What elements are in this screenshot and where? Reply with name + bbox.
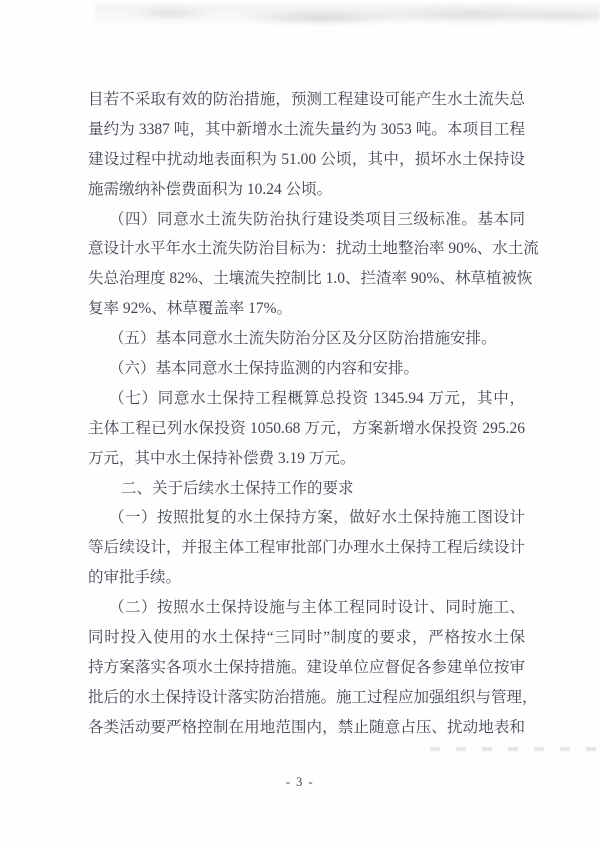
text-line: 各类活动要严格控制在用地范围内，禁止随意占压、扰动地表和 [88,713,525,743]
section-heading: 二、关于后续水土保持工作的要求 [88,474,525,504]
text-line: （七）同意水土保持工程概算总投资 1345.94 万元，其中， [88,384,525,414]
text-line: （一）按照批复的水土保持方案，做好水土保持施工图设计 [88,503,525,533]
text-line: 等后续设计，并报主体工程审批部门办理水土保持工程后续设计 [88,533,525,563]
text-line: 意设计水平年水土流失防治目标为：扰动土地整治率 90%、水土流 [88,234,525,264]
page-number: - 3 - [0,775,600,790]
scan-smudge-artifact [95,4,600,28]
text-line: 同时投入使用的水土保持“三同时”制度的要求，严格按水土保 [88,623,525,653]
text-line: 失总治理度 82%、土壤流失控制比 1.0、拦渣率 90%、林草植被恢 [88,264,525,294]
text-line: 持方案落实各项水土保持措施。建设单位应督促各参建单位按审 [88,653,525,683]
text-line: 施需缴纳补偿费面积为 10.24 公顷。 [88,175,525,205]
text-line: （四）同意水土流失防治执行建设类项目三级标准。基本同 [88,205,525,235]
text-line: 主体工程已列水保投资 1050.68 万元，方案新增水保投资 295.26 [88,414,525,444]
text-line: 批后的水土保持设计落实防治措施。施工过程应加强组织与管理， [88,683,525,713]
text-line: 的审批手续。 [88,563,525,593]
document-text-block: 目若不采取有效的防治措施，预测工程建设可能产生水土流失总 量约为 3387 吨，… [88,85,525,743]
text-line: （五）基本同意水土流失防治分区及分区防治措施安排。 [88,324,525,354]
text-line: 建设过程中扰动地表面积为 51.00 公顷，其中，损坏水土保持设 [88,145,525,175]
scan-speckle-artifact [430,747,600,751]
text-line: 复率 92%、林草覆盖率 17%。 [88,294,525,324]
text-line: 目若不采取有效的防治措施，预测工程建设可能产生水土流失总 [88,85,525,115]
text-line: 量约为 3387 吨，其中新增水土流失量约为 3053 吨。本项目工程 [88,115,525,145]
text-line: 万元，其中水土保持补偿费 3.19 万元。 [88,444,525,474]
text-line: （六）基本同意水土保持监测的内容和安排。 [88,354,525,384]
text-line: （二）按照水土保持设施与主体工程同时设计、同时施工、 [88,593,525,623]
document-page: 目若不采取有效的防治措施，预测工程建设可能产生水土流失总 量约为 3387 吨，… [0,0,600,848]
